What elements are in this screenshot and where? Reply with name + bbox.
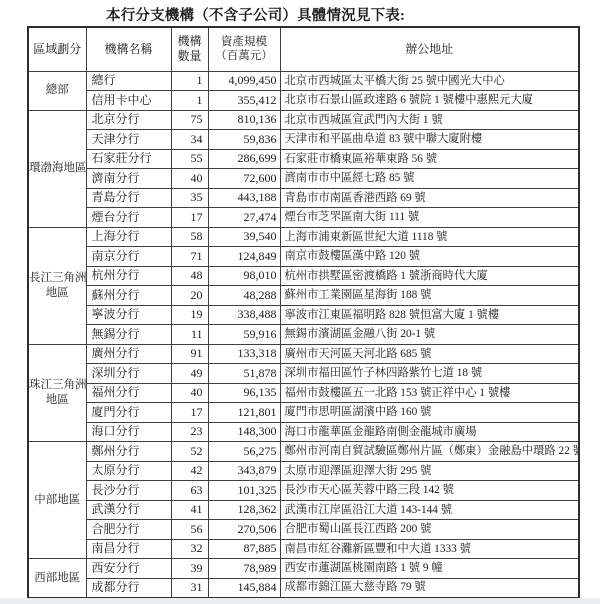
institution-name-cell: 石家莊分行 (86, 149, 171, 169)
asset-scale-cell: 128,362 (208, 500, 280, 520)
table-row: 寧波分行19338,488寧波市江東區福明路 828 號恒富大廈 1 號樓 (28, 305, 579, 325)
institution-name-cell: 廈門分行 (86, 403, 171, 423)
institution-name-cell: 濟南分行 (86, 169, 171, 189)
table-row: 南京分行71124,849南京市鼓樓區漢中路 120 號 (28, 247, 579, 267)
institution-name-cell: 合肥分行 (86, 520, 171, 540)
table-row: 長沙分行63101,325長沙市天心區芙蓉中路三段 142 號 (28, 481, 579, 501)
office-address-cell: 北京市石景山區政達路 6 號院 1 號樓中惠熙元大廈 (280, 91, 579, 111)
institution-count-cell: 34 (171, 130, 208, 150)
office-address-cell: 深圳市福田區竹子林四路紫竹七道 18 號 (280, 364, 579, 384)
page-title: 本行分支機構（不含子公司）具體情況見下表: (106, 4, 405, 25)
institution-name-cell: 無錫分行 (86, 325, 171, 345)
office-address-cell: 北京市西城區太平橋大街 25 號中國光大中心 (280, 71, 579, 91)
header-row: 區域劃分 機構名稱 機構數量 資產規模（百萬元） 辦公地址 (28, 27, 579, 71)
table-row: 石家莊分行55286,699石家莊市橋東區裕華東路 56 號 (28, 149, 579, 169)
region-cell: 總部 (28, 71, 86, 110)
table-row: 海口分行23148,300海口市龍華區金龍路南側金龍城市廣場 (28, 422, 579, 442)
asset-scale-cell: 810,136 (208, 110, 280, 130)
asset-scale-cell: 87,885 (208, 539, 280, 559)
table-row: 杭州分行4898,010杭州市拱墅區密渡橋路 1 號浙商時代大廈 (28, 266, 579, 286)
asset-scale-cell: 145,884 (208, 578, 280, 598)
table-body: 總部總行14,099,450北京市西城區太平橋大街 25 號中國光大中心信用卡中… (28, 71, 579, 598)
header-address: 辦公地址 (280, 27, 579, 71)
office-address-cell: 武漢市江岸區沿江大道 143-144 號 (280, 500, 579, 520)
table-row: 信用卡中心1355,412北京市石景山區政達路 6 號院 1 號樓中惠熙元大廈 (28, 91, 579, 111)
office-address-cell: 無錫市濱湖區金融八街 20-1 號 (280, 325, 579, 345)
table-row: 武漢分行41128,362武漢市江岸區沿江大道 143-144 號 (28, 500, 579, 520)
table-row: 珠江三角洲地區廣州分行91133,318廣州市天河區天河北路 685 號 (28, 344, 579, 364)
institution-name-cell: 天津分行 (86, 130, 171, 150)
office-address-cell: 石家莊市橋東區裕華東路 56 號 (280, 149, 579, 169)
office-address-cell: 上海市浦東新區世紀大道 1118 號 (280, 227, 579, 247)
institution-count-cell: 17 (171, 208, 208, 228)
institution-count-cell: 48 (171, 266, 208, 286)
asset-scale-cell: 338,488 (208, 305, 280, 325)
office-address-cell: 廣州市天河區天河北路 685 號 (280, 344, 579, 364)
office-address-cell: 合肥市蜀山區長江西路 200 號 (280, 520, 579, 540)
table-row: 成都分行31145,884成都市錦江區大慈寺路 79 號 (28, 578, 579, 598)
table-row: 煙台分行1727,474煙台市芝罘區南大街 111 號 (28, 208, 579, 228)
asset-scale-cell: 133,318 (208, 344, 280, 364)
institution-name-cell: 總行 (86, 71, 171, 91)
office-address-cell: 廈門市思明區湖濱中路 160 號 (280, 403, 579, 423)
institution-name-cell: 寧波分行 (86, 305, 171, 325)
institution-name-cell: 北京分行 (86, 110, 171, 130)
institution-count-cell: 11 (171, 325, 208, 345)
institution-name-cell: 福州分行 (86, 383, 171, 403)
institution-name-cell: 煙台分行 (86, 208, 171, 228)
institution-count-cell: 91 (171, 344, 208, 364)
header-assets-line1: 資產規模 (221, 36, 267, 48)
institution-name-cell: 杭州分行 (86, 266, 171, 286)
header-count: 機構數量 (171, 27, 208, 71)
institution-name-cell: 長沙分行 (86, 481, 171, 501)
asset-scale-cell: 343,879 (208, 461, 280, 481)
institution-count-cell: 55 (171, 149, 208, 169)
asset-scale-cell: 101,325 (208, 481, 280, 501)
institution-name-cell: 深圳分行 (86, 364, 171, 384)
office-address-cell: 福州市鼓樓區五一北路 153 號正祥中心 1 號樓 (280, 383, 579, 403)
institution-name-cell: 南京分行 (86, 247, 171, 267)
institution-count-cell: 42 (171, 461, 208, 481)
office-address-cell: 北京市西城區宣武門內大街 1 號 (280, 110, 579, 130)
asset-scale-cell: 51,878 (208, 364, 280, 384)
region-cell: 環渤海地區 (28, 110, 86, 227)
institution-name-cell: 海口分行 (86, 422, 171, 442)
header-assets-line2: （百萬元） (215, 50, 273, 62)
office-address-cell: 蘇州市工業園區星海街 188 號 (280, 286, 579, 306)
institution-count-cell: 63 (171, 481, 208, 501)
office-address-cell: 煙台市芝罘區南大街 111 號 (280, 208, 579, 228)
asset-scale-cell: 96,135 (208, 383, 280, 403)
office-address-cell: 西安市蓮湖區桃園南路 1 號 9 幢 (280, 559, 579, 579)
asset-scale-cell: 59,916 (208, 325, 280, 345)
office-address-cell: 南京市鼓樓區漢中路 120 號 (280, 247, 579, 267)
office-address-cell: 青島市市南區香港西路 69 號 (280, 188, 579, 208)
header-count-line2: 數量 (177, 49, 201, 63)
institution-count-cell: 1 (171, 71, 208, 91)
asset-scale-cell: 270,506 (208, 520, 280, 540)
page-bottom-edge (0, 598, 600, 604)
asset-scale-cell: 78,989 (208, 559, 280, 579)
institution-count-cell: 49 (171, 364, 208, 384)
region-cell: 西部地區 (28, 559, 86, 598)
table-row: 西部地區西安分行3978,989西安市蓮湖區桃園南路 1 號 9 幢 (28, 559, 579, 579)
asset-scale-cell: 27,474 (208, 208, 280, 228)
institution-name-cell: 青島分行 (86, 188, 171, 208)
institution-name-cell: 太原分行 (86, 461, 171, 481)
institution-name-cell: 南昌分行 (86, 539, 171, 559)
institution-name-cell: 信用卡中心 (86, 91, 171, 111)
institution-count-cell: 19 (171, 305, 208, 325)
asset-scale-cell: 355,412 (208, 91, 280, 111)
office-address-cell: 成都市錦江區大慈寺路 79 號 (280, 578, 579, 598)
institution-name-cell: 鄭州分行 (86, 442, 171, 462)
asset-scale-cell: 39,540 (208, 227, 280, 247)
table-row: 中部地區鄭州分行5256,275鄭州市河南自貿試驗區鄭州片區（鄭東）金融島中環路… (28, 442, 579, 462)
asset-scale-cell: 48,288 (208, 286, 280, 306)
region-cell: 中部地區 (28, 442, 86, 559)
institution-count-cell: 17 (171, 403, 208, 423)
asset-scale-cell: 72,600 (208, 169, 280, 189)
institution-count-cell: 71 (171, 247, 208, 267)
office-address-cell: 杭州市拱墅區密渡橋路 1 號浙商時代大廈 (280, 266, 579, 286)
table-row: 廈門分行17121,801廈門市思明區湖濱中路 160 號 (28, 403, 579, 423)
institution-name-cell: 成都分行 (86, 578, 171, 598)
table-row: 深圳分行4951,878深圳市福田區竹子林四路紫竹七道 18 號 (28, 364, 579, 384)
institution-name-cell: 西安分行 (86, 559, 171, 579)
institution-count-cell: 23 (171, 422, 208, 442)
asset-scale-cell: 148,300 (208, 422, 280, 442)
office-address-cell: 海口市龍華區金龍路南側金龍城市廣場 (280, 422, 579, 442)
institution-count-cell: 31 (171, 578, 208, 598)
header-region: 區域劃分 (28, 27, 86, 71)
asset-scale-cell: 124,849 (208, 247, 280, 267)
institution-count-cell: 40 (171, 169, 208, 189)
institution-count-cell: 20 (171, 286, 208, 306)
institution-count-cell: 41 (171, 500, 208, 520)
office-address-cell: 濟南市市中區經七路 85 號 (280, 169, 579, 189)
institution-name-cell: 廣州分行 (86, 344, 171, 364)
institution-count-cell: 39 (171, 559, 208, 579)
institution-name-cell: 武漢分行 (86, 500, 171, 520)
institution-count-cell: 56 (171, 520, 208, 540)
table-row: 福州分行4096,135福州市鼓樓區五一北路 153 號正祥中心 1 號樓 (28, 383, 579, 403)
region-cell: 長江三角洲地區 (28, 227, 86, 344)
office-address-cell: 太原市迎澤區迎澤大街 295 號 (280, 461, 579, 481)
office-address-cell: 寧波市江東區福明路 828 號恒富大廈 1 號樓 (280, 305, 579, 325)
institution-count-cell: 1 (171, 91, 208, 111)
office-address-cell: 長沙市天心區芙蓉中路三段 142 號 (280, 481, 579, 501)
asset-scale-cell: 121,801 (208, 403, 280, 423)
table-row: 合肥分行56270,506合肥市蜀山區長江西路 200 號 (28, 520, 579, 540)
table-header: 區域劃分 機構名稱 機構數量 資產規模（百萬元） 辦公地址 (28, 27, 579, 71)
table-row: 環渤海地區北京分行75810,136北京市西城區宣武門內大街 1 號 (28, 110, 579, 130)
institution-count-cell: 35 (171, 188, 208, 208)
header-count-line1: 機構 (177, 34, 201, 48)
institution-name-cell: 上海分行 (86, 227, 171, 247)
asset-scale-cell: 59,836 (208, 130, 280, 150)
institution-count-cell: 58 (171, 227, 208, 247)
table-row: 南昌分行3287,885南昌市紅谷灘新區豐和中大道 1333 號 (28, 539, 579, 559)
office-address-cell: 天津市和平區曲阜道 83 號中聯大廈附樓 (280, 130, 579, 150)
header-name: 機構名稱 (86, 27, 171, 71)
branch-table: 區域劃分 機構名稱 機構數量 資產規模（百萬元） 辦公地址 總部總行14,099… (27, 26, 580, 599)
header-assets: 資產規模（百萬元） (208, 27, 280, 71)
institution-count-cell: 40 (171, 383, 208, 403)
table-row: 無錫分行1159,916無錫市濱湖區金融八街 20-1 號 (28, 325, 579, 345)
institution-count-cell: 52 (171, 442, 208, 462)
institution-count-cell: 75 (171, 110, 208, 130)
office-address-cell: 南昌市紅谷灘新區豐和中大道 1333 號 (280, 539, 579, 559)
table-row: 濟南分行4072,600濟南市市中區經七路 85 號 (28, 169, 579, 189)
asset-scale-cell: 98,010 (208, 266, 280, 286)
table-row: 太原分行42343,879太原市迎澤區迎澤大街 295 號 (28, 461, 579, 481)
institution-count-cell: 32 (171, 539, 208, 559)
table-row: 天津分行3459,836天津市和平區曲阜道 83 號中聯大廈附樓 (28, 130, 579, 150)
region-cell: 珠江三角洲地區 (28, 344, 86, 442)
table-row: 總部總行14,099,450北京市西城區太平橋大街 25 號中國光大中心 (28, 71, 579, 91)
table-row: 青島分行35443,188青島市市南區香港西路 69 號 (28, 188, 579, 208)
asset-scale-cell: 4,099,450 (208, 71, 280, 91)
institution-name-cell: 蘇州分行 (86, 286, 171, 306)
table-row: 蘇州分行2048,288蘇州市工業園區星海街 188 號 (28, 286, 579, 306)
office-address-cell: 鄭州市河南自貿試驗區鄭州片區（鄭東）金融島中環路 22 號 (280, 442, 579, 462)
table-row: 長江三角洲地區上海分行5839,540上海市浦東新區世紀大道 1118 號 (28, 227, 579, 247)
asset-scale-cell: 286,699 (208, 149, 280, 169)
asset-scale-cell: 443,188 (208, 188, 280, 208)
asset-scale-cell: 56,275 (208, 442, 280, 462)
